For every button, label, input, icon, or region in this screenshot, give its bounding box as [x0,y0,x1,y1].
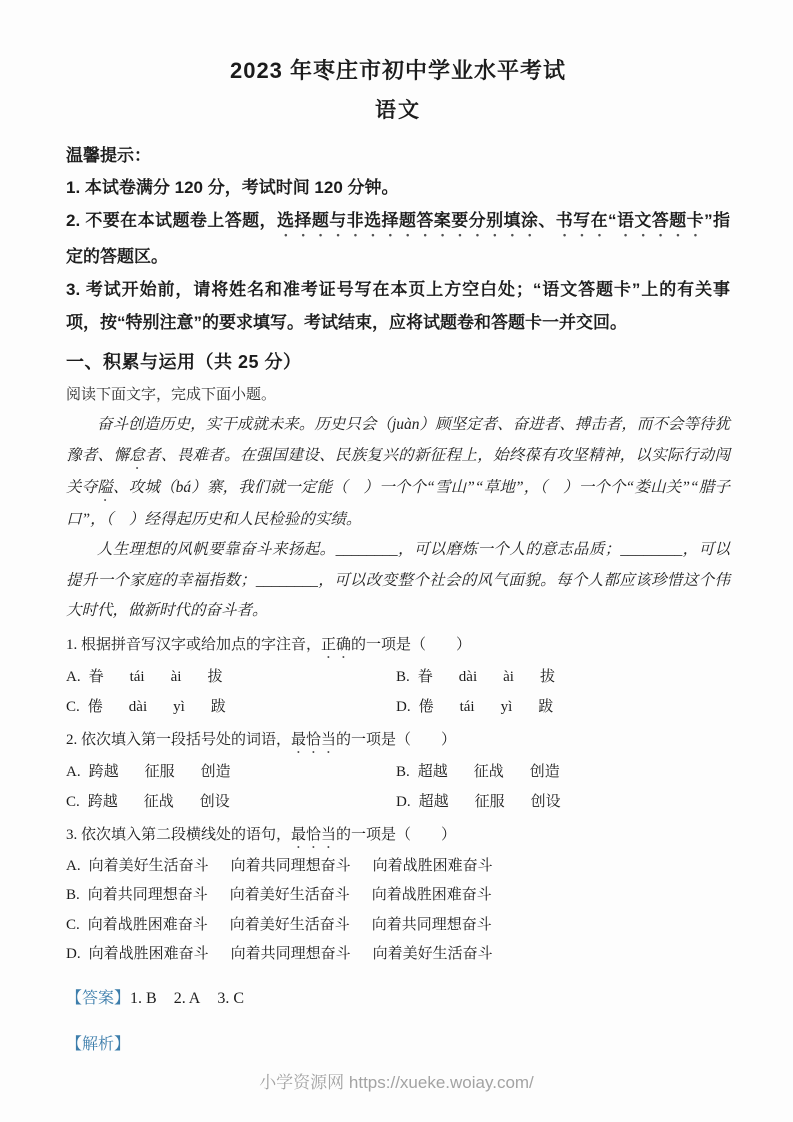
option-item: 超越 [418,764,448,780]
question-3-option-d: D.向着战胜困难奋斗向着共同理想奋斗向着美好生活奋斗 [66,940,730,970]
answer-item-1: 1. B [130,990,157,1007]
option-label: B. [66,887,80,903]
option-label: D. [66,946,81,962]
passage-paragraph-2: 人生理想的风帆要靠奋斗来扬起。________，可以磨炼一个人的意志品质；___… [66,535,730,627]
question-3-stem-prefix: 3. 依次填入第二段横线处的语句， [66,827,291,843]
passage-paragraph-1: 奋斗创造历史，实干成就未来。历史只会（juàn）顾坚定者、奋进者、搏击者，而不会… [66,410,730,535]
footer-site-link[interactable]: 小学资源网 https://xueke.woiay.com/ [259,1073,534,1092]
option-item: ài [171,669,182,685]
option-label: D. [396,699,411,715]
question-1-stem-suffix: 的一项是（ ） [351,637,471,653]
option-item: 向着美好生活奋斗 [373,946,493,962]
question-3-options: A.向着美好生活奋斗向着共同理想奋斗向着战胜困难奋斗 B.向着共同理想奋斗向着美… [66,852,730,970]
question-3-stem-suffix: 的一项是（ ） [336,827,456,843]
passage-p1-dotted-char-2: 隘 [97,479,113,496]
question-1-option-d: D.倦táiyì跋 [396,692,730,722]
question-3-option-b: B.向着共同理想奋斗向着美好生活奋斗向着战胜困难奋斗 [66,881,730,911]
question-1-option-b: B.眷dàiài拔 [396,662,730,692]
page-title: 2023 年枣庄市初中学业水平考试 [66,56,730,86]
question-3-option-a: A.向着美好生活奋斗向着共同理想奋斗向着战胜困难奋斗 [66,852,730,882]
notice-heading: 温馨提示： [66,140,730,171]
question-3-stem: 3. 依次填入第二段横线处的语句，最恰当的一项是（ ） [66,820,730,852]
option-item: 向着共同理想奋斗 [231,858,351,874]
passage-p1-seg3: 、攻城（bá）寨，我们就一定能（ ）一个个“雪山”“草地”，（ ）一个个“娄山关… [66,479,730,528]
option-item: ài [503,669,514,685]
analysis-label: 【解析】 [66,1036,130,1053]
option-item: 跨越 [89,764,119,780]
option-item: 向着战胜困难奋斗 [88,917,208,933]
option-label: C. [66,794,80,810]
subject-title: 语文 [66,96,730,126]
option-item: 超越 [419,794,449,810]
question-2-option-c: C.跨越征战创设 [66,787,396,817]
option-item: 征服 [145,764,175,780]
option-label: D. [396,794,411,810]
option-item: 创设 [200,794,230,810]
question-3-option-c: C.向着战胜困难奋斗向着美好生活奋斗向着共同理想奋斗 [66,911,730,941]
option-item: 跨越 [88,794,118,810]
answer-label: 【答案】 [66,990,130,1007]
question-2-stem: 2. 依次填入第一段括号处的词语，最恰当的一项是（ ） [66,725,730,757]
option-item: 拔 [540,669,555,685]
option-item: 向着战胜困难奋斗 [373,858,493,874]
passage-intro: 阅读下面文字，完成下面小题。 [66,381,730,410]
option-item: 眷 [418,669,433,685]
question-1-option-a: A.眷táiài拔 [66,662,396,692]
question-2-stem-emphasis: 最恰当 [291,732,336,748]
option-item: yì [501,699,513,715]
question-2-options: A.跨越征服创造 B.超越征战创造 C.跨越征战创设 D.超越征服创设 [66,757,730,817]
exam-paper-page: 2023 年枣庄市初中学业水平考试 语文 温馨提示： 1. 本试卷满分 120 … [0,0,793,1122]
option-item: 向着美好生活奋斗 [230,917,350,933]
option-label: A. [66,669,81,685]
option-label: C. [66,917,80,933]
answer-item-3: 3. C [217,990,244,1007]
option-label: A. [66,858,81,874]
option-item: 征战 [144,794,174,810]
question-2-stem-suffix: 的一项是（ ） [336,732,456,748]
question-3-stem-emphasis: 最恰当 [291,827,336,843]
question-2-stem-prefix: 2. 依次填入第一段括号处的词语， [66,732,291,748]
option-item: 征服 [475,794,505,810]
question-2-option-b: B.超越征战创造 [396,757,730,787]
question-1-stem: 1. 根据拼音写汉字或给加点的字注音，正确的一项是（ ） [66,630,730,662]
option-label: B. [396,764,410,780]
option-item: 征战 [474,764,504,780]
site-footer: 小学资源网 https://xueke.woiay.com/ [0,1068,793,1093]
option-item: 倦 [419,699,434,715]
option-item: 眷 [89,669,104,685]
question-2-option-d: D.超越征服创设 [396,787,730,817]
answer-line: 【答案】1. B2. A3. C [66,984,730,1014]
analysis-line: 【解析】 [66,1030,730,1060]
option-item: 倦 [88,699,103,715]
option-item: 拔 [207,669,222,685]
page-content: 2023 年枣庄市初中学业水平考试 语文 温馨提示： 1. 本试卷满分 120 … [0,0,793,1060]
option-item: 向着共同理想奋斗 [372,917,492,933]
question-1-option-c: C.倦dàiyì跋 [66,692,396,722]
option-item: dài [129,699,147,715]
option-label: A. [66,764,81,780]
option-item: 创设 [531,794,561,810]
option-item: 向着共同理想奋斗 [231,946,351,962]
answer-item-2: 2. A [174,990,201,1007]
option-item: 向着战胜困难奋斗 [372,887,492,903]
notice-item-2-prefix: 2. 不要在本试题卷上答题， [66,211,277,230]
option-item: 跋 [538,699,553,715]
question-2-option-a: A.跨越征服创造 [66,757,396,787]
notice-item-2-emphasis: 选择题与非选择题答案要分别填涂、书写在“语文答题卡” [277,211,713,230]
passage-p1-dotted-char-1: 怠 [129,447,145,464]
option-item: 向着美好生活奋斗 [230,887,350,903]
option-item: tái [130,669,145,685]
option-item: 向着美好生活奋斗 [89,858,209,874]
option-item: 向着战胜困难奋斗 [89,946,209,962]
option-item: dài [459,669,477,685]
option-item: yì [173,699,185,715]
option-item: 创造 [201,764,231,780]
option-label: B. [396,669,410,685]
option-item: 跋 [211,699,226,715]
reading-passage: 奋斗创造历史，实干成就未来。历史只会（juàn）顾坚定者、奋进者、搏击者，而不会… [66,410,730,627]
option-label: C. [66,699,80,715]
question-1-options: A.眷táiài拔 B.眷dàiài拔 C.倦dàiyì跋 D.倦táiyì跋 [66,662,730,722]
notice-item-2: 2. 不要在本试题卷上答题，选择题与非选择题答案要分别填涂、书写在“语文答题卡”… [66,204,730,273]
section-one-heading: 一、积累与运用（共 25 分） [66,345,730,379]
question-1-stem-emphasis: 正确 [321,637,351,653]
option-item: 向着共同理想奋斗 [88,887,208,903]
question-1-stem-prefix: 1. 根据拼音写汉字或给加点的字注音， [66,637,321,653]
option-item: tái [460,699,475,715]
notice-item-3: 3. 考试开始前，请将姓名和准考证号写在本页上方空白处；“语文答题卡”上的有关事… [66,273,730,339]
notice-item-1: 1. 本试卷满分 120 分，考试时间 120 分钟。 [66,171,730,204]
option-item: 创造 [530,764,560,780]
